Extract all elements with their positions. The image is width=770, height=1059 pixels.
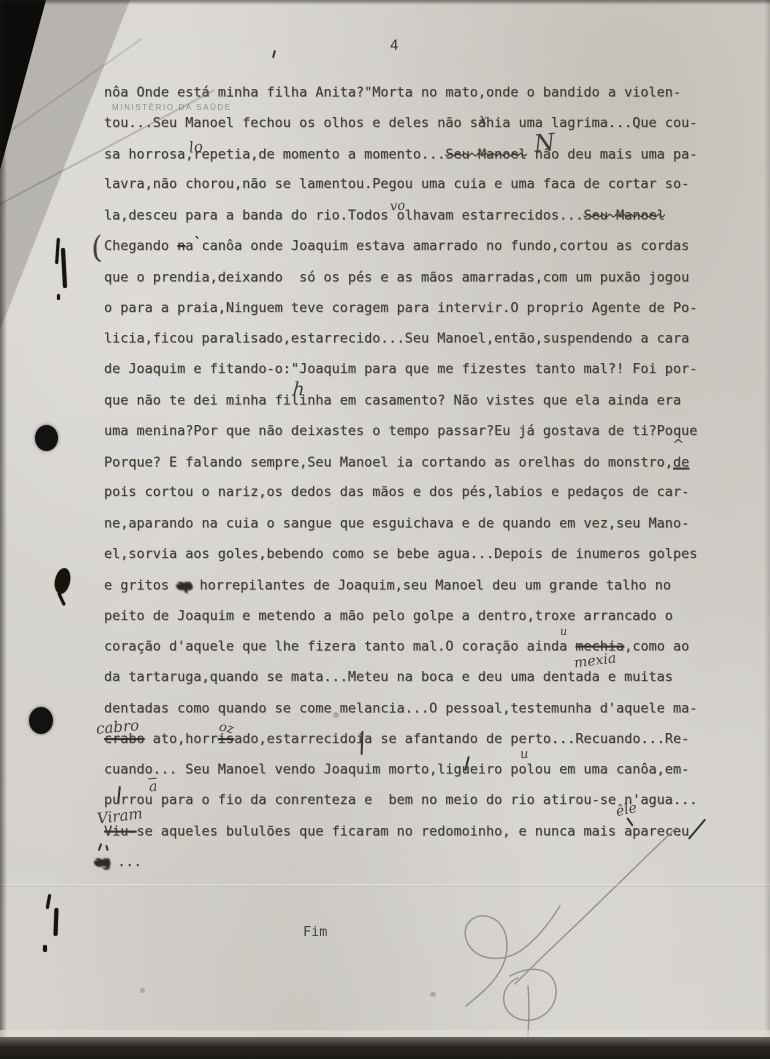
typescript-line: da tartaruga,quando se mata...Meteu na b…: [104, 669, 673, 685]
typed-segment: dentadas como quando se come melancia...…: [104, 701, 697, 717]
typed-segment: de Joaquim e fitando-o:"Joaquim para que…: [104, 361, 697, 377]
typescript-line: crabo ato,horrisado,estarrecidoia se afa…: [104, 731, 689, 747]
typed-segment: a canôa onde Joaquim estava amarrado no …: [185, 238, 689, 254]
typed-segment: da tartaruga,quando se mata...Meteu na b…: [104, 669, 673, 685]
typescript-line: nôa Onde está minha filha Anita?"Morta n…: [104, 85, 681, 101]
typescript-line: purrou para o fio da conrenteza e bem no…: [104, 792, 697, 808]
typed-segment: lavra,não chorou,não se lamentou.Pegou u…: [104, 176, 689, 192]
ink-mark: [46, 894, 52, 909]
underlined-segment: de: [673, 455, 689, 471]
typescript-line: tou...Seu Manoel fechou os olhos e deles…: [104, 115, 697, 131]
typescript-line: Porque? E falando sempre,Seu Manoel ia c…: [104, 455, 689, 471]
typescript-line: la,desceu para a banda do rio.Todos olha…: [104, 208, 665, 224]
paper-spot: [140, 988, 145, 993]
typescript-line: de Joaquim e fitando-o:"Joaquim para que…: [104, 361, 697, 377]
typescript-line: pois cortou o nariz,os dedos das mãos e …: [104, 484, 689, 500]
typescript-line: o para a praia,Ninguem teve coragem para…: [104, 300, 697, 316]
handwritten-insert-u-trouxe: u: [560, 625, 567, 638]
handwritten-grave-accent: `: [193, 234, 201, 253]
typed-segment: purrou para o fio da conrenteza e bem no…: [104, 792, 697, 808]
handwritten-cabro-correction: cabro: [95, 716, 140, 738]
scribbled-out-segment: ap: [177, 578, 191, 594]
typed-segment: coração d'aquele que lhe fizera tanto ma…: [104, 639, 575, 655]
pen-stroke: [272, 50, 276, 58]
typescript-line: licia,ficou paralisado,estarrecido...Seu…: [104, 331, 689, 347]
typescript-line: cuando... Seu Manoel vendo Joaquim morto…: [104, 762, 689, 778]
handwritten-insert-vo: vo: [389, 198, 405, 214]
typed-segment: nôa Onde está minha filha Anita?"Morta n…: [104, 85, 681, 101]
typed-segment: que não te dei minha filinha em casament…: [104, 393, 681, 409]
typed-segment: ...: [109, 854, 142, 870]
typed-segment: horrepilantes de Joaquim,seu Manoel deu …: [191, 578, 671, 594]
handwritten-capital-n: N: [533, 128, 556, 158]
handwritten-insert-u-pulou: u: [519, 747, 529, 763]
typed-segment: peito de Joaquim e metendo a mão pelo go…: [104, 608, 673, 624]
scan-edge-right: [764, 0, 770, 1059]
typed-segment: que o prendia,deixando só os pés e as mã…: [104, 270, 689, 286]
typed-segment: uma menina?Por que não deixastes o tempo…: [104, 423, 697, 439]
ink-mark: [61, 248, 67, 288]
pen-stroke: [105, 845, 108, 851]
scanned-typescript-page: 4 MINISTÉRIO DA SAÚDE nôa Onde está minh…: [0, 0, 770, 1059]
punch-hole: [35, 425, 58, 451]
ink-mark: [57, 294, 60, 300]
handwritten-insert-lo: lo: [188, 137, 204, 156]
typescript-line: lavra,não chorou,não se lamentou.Pegou u…: [104, 176, 689, 192]
typescript-line: que não te dei minha filinha em casament…: [104, 393, 681, 409]
typescript-line: e gritos ap horrepilantes de Joaquim,seu…: [104, 578, 671, 594]
typed-segment: Chegando: [104, 238, 177, 254]
typescript-line: el,sorvia aos goles,bebendo como se bebe…: [104, 546, 697, 562]
ink-mark: [55, 238, 60, 264]
typescript-line: Chegando na canôa onde Joaquim estava am…: [104, 238, 689, 254]
paper-spot: [333, 712, 339, 718]
handwritten-insert-a: a: [148, 779, 158, 796]
typed-segment: pois cortou o nariz,os dedos das mãos e …: [104, 484, 689, 500]
typed-segment: Porque? E falando sempre,Seu Manoel ia c…: [104, 455, 673, 471]
typescript-line: ag ...: [95, 854, 142, 870]
ink-mark: [54, 908, 59, 936]
handwritten-oz-correction: oz: [218, 720, 235, 738]
typed-segment: ne,aparando na cuia o sangue que esguich…: [104, 516, 689, 532]
strikethrough-segment: Seu Manoel: [445, 147, 526, 163]
typed-segment: la,desceu para a banda do rio.Todos olha…: [104, 208, 584, 224]
scribbled-out-segment: ag: [95, 854, 109, 870]
typescript-line: ne,aparando na cuia o sangue que esguich…: [104, 516, 689, 532]
strikethrough-segment: Seu Manoel: [584, 208, 665, 224]
typed-segment: e gritos: [104, 578, 177, 594]
scan-edge-left: [0, 0, 7, 1059]
horizontal-crease: [0, 884, 770, 887]
ink-mark: [57, 592, 66, 606]
scan-edge-bottom: [0, 1037, 770, 1059]
typescript-line: que o prendia,deixando só os pés e as mã…: [104, 270, 689, 286]
typed-segment: sa horrosa,repetia,de momento a momento.…: [104, 147, 445, 163]
typed-segment: el,sorvia aos goles,bebendo como se bebe…: [104, 546, 697, 562]
handwritten-insert-h: h: [292, 379, 305, 401]
typescript-line: uma menina?Por que não deixastes o tempo…: [104, 423, 697, 439]
pen-stroke: [98, 843, 102, 851]
page-number: 4: [390, 38, 398, 54]
handwritten-caret: ^: [672, 436, 685, 454]
typescript-line: peito de Joaquim e metendo a mão pelo go…: [104, 608, 673, 624]
typed-segment: o para a praia,Ninguem teve coragem para…: [104, 300, 697, 316]
typed-segment: ado,estarrecido: [234, 731, 356, 747]
typed-segment: tou...Seu Manoel fechou os olhos e deles…: [104, 115, 697, 131]
pencil-signature: [360, 818, 690, 1058]
scan-edge-top: [0, 0, 770, 5]
typescript-line: dentadas como quando se come melancia...…: [104, 701, 697, 717]
fim-label: Fim: [303, 924, 327, 940]
typed-segment: ia se afantando de perto...Recuando...Re…: [356, 731, 689, 747]
punch-hole: [29, 707, 53, 734]
ink-blot: [52, 567, 72, 596]
ink-mark: [43, 945, 47, 952]
typed-segment: licia,ficou paralisado,estarrecido...Seu…: [104, 331, 689, 347]
pen-flourish: [688, 819, 706, 840]
typed-segment: ato,horr: [145, 731, 218, 747]
typed-segment: ,como ao: [624, 639, 689, 655]
typed-segment: cuando... Seu Manoel vendo Joaquim morto…: [104, 762, 689, 778]
